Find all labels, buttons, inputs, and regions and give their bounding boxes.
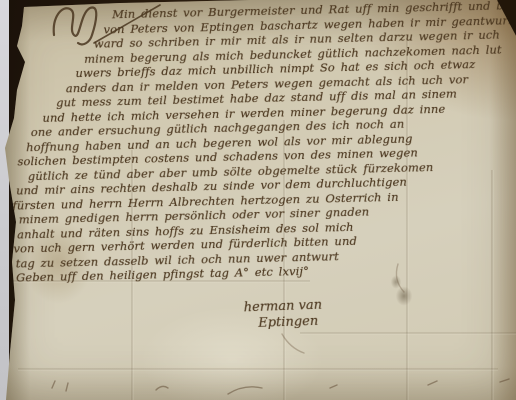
- fold-crease-horizontal-3: [18, 368, 498, 371]
- manuscript-paper: Min dienst vor Burgermeister und Rat uff…: [0, 0, 516, 400]
- signature-surname: Eptingen: [258, 314, 323, 332]
- scan-surface: [0, 0, 9, 400]
- letter-body: Min dienst vor Burgermeister und Rat uff…: [0, 0, 516, 285]
- manuscript-photo: Min dienst vor Burgermeister und Rat uff…: [0, 0, 516, 400]
- signature-block: herman van Eptingen: [243, 298, 322, 333]
- fold-crease-horizontal-2: [300, 332, 516, 335]
